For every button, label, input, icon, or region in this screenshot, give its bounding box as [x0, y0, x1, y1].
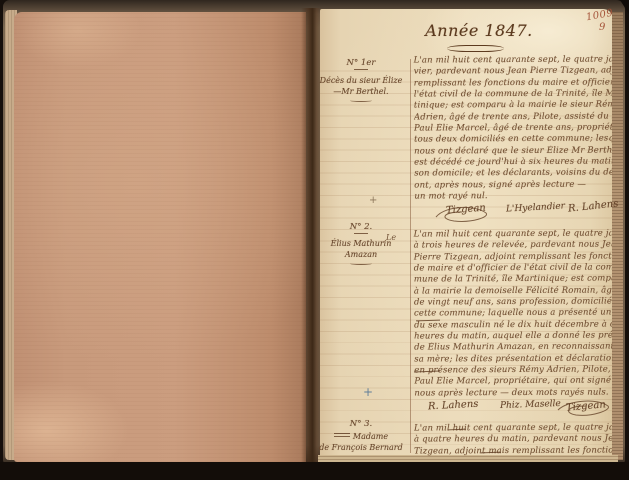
- act-3-number: N° 3.: [316, 419, 406, 429]
- handwritten-line: du sexe masculin né le dix huit décembre…: [414, 319, 612, 331]
- page-stack-fore-edge: [612, 12, 623, 460]
- left-blank-page: [14, 12, 306, 462]
- handwritten-line: cette commune; laquelle nous a présenté …: [414, 308, 612, 320]
- cross-mark: +: [363, 387, 373, 397]
- book-photo: 1009 9 Année 1847. N° 1er Décès du sieur…: [0, 0, 629, 480]
- act-2-number: N° 2.: [316, 222, 406, 232]
- act-1-margin-note-line: Décès du sieur Élize: [316, 75, 406, 86]
- act-2-margin-note-line: Amazan: [316, 249, 406, 260]
- handwritten-line: à trois heures de relevée, pardevant nou…: [414, 240, 612, 252]
- act-3-margin: N° 3. Madame de François Bernard: [316, 419, 406, 453]
- margin-flourish: [350, 99, 372, 102]
- table-shadow: [0, 462, 629, 480]
- handwritten-line: tous deux domiciliés en cette commune; l…: [414, 134, 612, 146]
- handwritten-line: nous ont déclaré que le sieur Élize Mr B…: [414, 145, 612, 157]
- signature: R. Lahens: [568, 198, 619, 214]
- handwritten-line: Paul Élie Marcel, propriétaire, qui ont …: [414, 376, 612, 388]
- handwritten-line: ont, après nous, signé après lecture —: [414, 179, 612, 191]
- act-2-text: L'an mil huit cent quarante sept, le qua…: [414, 228, 613, 399]
- corner-page-sub-number: 9: [599, 22, 605, 33]
- signature: Phiz. Maselle: [500, 399, 561, 411]
- handwritten-line: son domicile; et les déclarants, voisins…: [414, 168, 612, 180]
- handwritten-line: Tizgean, adjoint mais remplissant les fo…: [414, 445, 612, 457]
- signature: R. Lahens: [428, 399, 479, 413]
- act-3-margin-note-line: de François Bernard: [316, 442, 406, 453]
- signature: L'Hyelandier: [506, 201, 565, 214]
- act-1-signatures: Tizgean L'Hyelandier R. Lahens: [420, 201, 615, 225]
- handwritten-line: à quatre heures du matin, pardevant nous…: [414, 434, 612, 446]
- act-1-margin: N° 1er Décès du sieur Élize —Mr Berthel.: [316, 58, 406, 102]
- act-3-text: L'an mil huit cent quarante sept, le qua…: [414, 422, 612, 457]
- act-3-margin-note-line: Madame: [316, 431, 406, 442]
- handwritten-line: vier, pardevant nous Jean Pierre Tizgean…: [414, 66, 612, 78]
- year-title-underline: [447, 45, 504, 52]
- act-2-margin: N° 2. Élius Mathurin Amazan: [316, 222, 406, 265]
- act-2-signatures: R. Lahens Phiz. Maselle Tizgean: [424, 398, 619, 422]
- struck-word-mark: [334, 430, 350, 437]
- act-1-margin-note-line: —Mr Berthel.: [316, 86, 406, 97]
- handwritten-line: mune de la Trinité, île Martinique; est …: [414, 274, 612, 286]
- act-2-margin-side-word: Le: [386, 233, 396, 242]
- margin-dash: [354, 69, 368, 70]
- paper-grain: [14, 12, 306, 462]
- handwritten-line: tinique; est comparu à la mairie le sieu…: [414, 100, 612, 112]
- handwritten-line: sa mère; les dites présentation et décla…: [414, 353, 612, 365]
- cross-mark: +: [369, 196, 377, 206]
- handwritten-line: de Élius Mathurin Amazan, en reconnaissa…: [414, 342, 612, 354]
- act-1-number: N° 1er: [316, 58, 406, 68]
- act-3-margin-note-text: Madame: [353, 432, 388, 441]
- margin-flourish: [350, 262, 372, 265]
- year-title: Année 1847.: [404, 21, 554, 40]
- act-1-text: L'an mil huit cent quarante sept, le qua…: [414, 54, 613, 202]
- margin-dash: [354, 233, 368, 234]
- margin-rule-line: [410, 59, 411, 453]
